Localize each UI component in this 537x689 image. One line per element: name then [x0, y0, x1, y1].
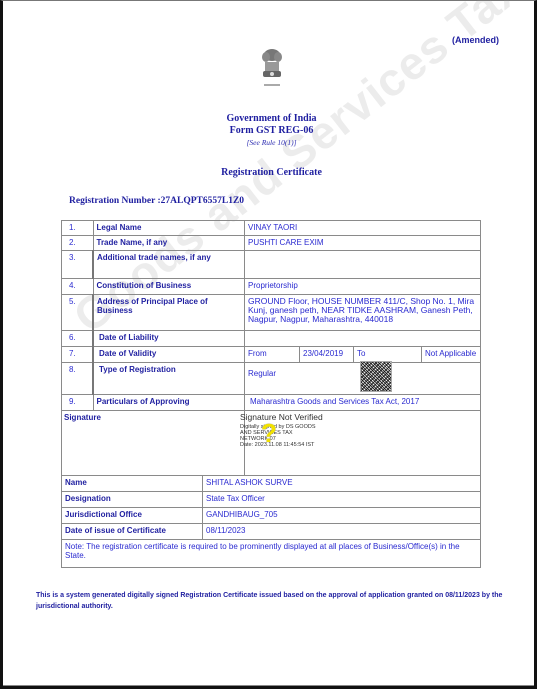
table-row: 2. Trade Name, if any PUSHTI CARE EXIM — [62, 236, 481, 251]
row-number: 2. — [62, 236, 94, 251]
designation-value: State Tax Officer — [203, 492, 481, 508]
officer-label: Jurisdictional Office — [62, 508, 203, 524]
row-label: Legal Name — [93, 221, 245, 236]
table-row: 3. Additional trade names, if any — [62, 251, 481, 279]
registration-number-label: Registration Number : — [69, 196, 161, 206]
registration-number-value: 27ALQPT6557L1Z0 — [161, 196, 244, 206]
row-number: 6. — [62, 331, 94, 347]
signature-cell: Signature Not Verified Digitally signed … — [245, 411, 481, 476]
table-row: 1. Legal Name VINAY TAORI — [62, 221, 481, 236]
registration-type-cell: Regular — [245, 363, 481, 395]
rule-reference: [See Rule 10(1)] — [3, 138, 537, 147]
row-label: Trade Name, if any — [93, 236, 245, 251]
table-row: Name SHITAL ASHOK SURVE — [62, 476, 481, 492]
validity-from-value: 23/04/2019 — [300, 347, 354, 363]
national-emblem-icon — [257, 47, 287, 91]
row-number: 3. — [62, 251, 94, 279]
row-label: Date of Liability — [93, 331, 245, 347]
table-row: Date of issue of Certificate 08/11/2023 — [62, 524, 481, 540]
validity-from-label: From — [245, 347, 300, 363]
table-row: Designation State Tax Officer — [62, 492, 481, 508]
issue-date-value: 08/11/2023 — [203, 524, 481, 540]
government-title: Government of India — [3, 113, 537, 124]
validity-to-value: Not Applicable — [422, 347, 481, 363]
row-label: Type of Registration — [93, 363, 245, 395]
row-label: Particulars of Approving — [93, 395, 245, 411]
row-label: Constitution of Business — [93, 279, 245, 295]
row-number: 5. — [62, 295, 94, 331]
display-note: Note: The registration certificate is re… — [62, 540, 481, 568]
form-title: Form GST REG-06 — [3, 125, 537, 136]
question-mark-icon: ? — [261, 418, 277, 449]
row-label: Date of Validity — [93, 347, 245, 363]
table-row: 9. Particulars of Approving Maharashtra … — [62, 395, 481, 411]
table-row: 5. Address of Principal Place of Busines… — [62, 295, 481, 331]
registration-number: Registration Number :27ALQPT6557L1Z0 — [69, 196, 244, 206]
row-label: Address of Principal Place of Business — [93, 295, 245, 331]
row-number: 1. — [62, 221, 94, 236]
officer-label: Designation — [62, 492, 203, 508]
row-number: 7. — [62, 347, 94, 363]
date-of-liability-value — [245, 331, 481, 347]
certificate-title: Registration Certificate — [3, 167, 537, 178]
address-value: GROUND Floor, HOUSE NUMBER 411/C, Shop N… — [245, 295, 481, 331]
note-row: Note: The registration certificate is re… — [62, 540, 481, 568]
jurisdictional-office-value: GANDHIBAUG_705 — [203, 508, 481, 524]
table-row: Jurisdictional Office GANDHIBAUG_705 — [62, 508, 481, 524]
registration-type-value: Regular — [248, 369, 276, 378]
legal-name-value: VINAY TAORI — [245, 221, 481, 236]
table-row: 4. Constitution of Business Proprietorsh… — [62, 279, 481, 295]
additional-trade-names-value — [245, 251, 481, 279]
row-number: 8. — [62, 363, 94, 395]
officer-label: Name — [62, 476, 203, 492]
table-row: 8. Type of Registration Regular — [62, 363, 481, 395]
trade-name-value: PUSHTI CARE EXIM — [245, 236, 481, 251]
row-number: 4. — [62, 279, 94, 295]
amended-tag: (Amended) — [452, 35, 499, 45]
approving-act-value: Maharashtra Goods and Services Tax Act, … — [245, 395, 481, 411]
document-page: Goods and Services Tax (Amended) Governm… — [0, 0, 537, 689]
row-number: 9. — [62, 395, 94, 411]
officer-name-value: SHITAL ASHOK SURVE — [203, 476, 481, 492]
constitution-value: Proprietorship — [245, 279, 481, 295]
signature-label: Signature — [62, 411, 245, 476]
row-label: Additional trade names, if any — [93, 251, 245, 279]
table-row: 6. Date of Liability — [62, 331, 481, 347]
qr-code-icon — [360, 361, 392, 392]
officer-label: Date of issue of Certificate — [62, 524, 203, 540]
officer-details-table: Name SHITAL ASHOK SURVE Designation Stat… — [61, 475, 481, 568]
table-row: 7. Date of Validity From 23/04/2019 To N… — [62, 347, 481, 363]
footer-statement: This is a system generated digitally sig… — [36, 590, 506, 612]
